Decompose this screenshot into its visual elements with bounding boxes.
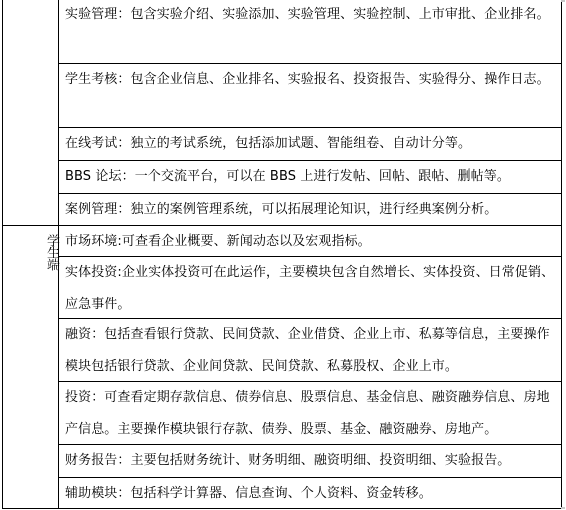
- table-row-financing: 融资：包括查看银行贷款、民间贷款、企业借贷、企业上市、私募等信息，主要操作模块包…: [59, 318, 561, 381]
- table-row-physical-investment: 实体投资:企业实体投资可在此运作，主要模块包含自然增长、实体投资、日常促销、应急…: [59, 256, 561, 318]
- table-row-case-management: 案例管理：独立的案例管理系统，可以拓展理论知识，进行经典案例分析。: [59, 193, 561, 225]
- table-row-student-assessment: 学生考核：包含企业信息、企业排名、实验报名、投资报告、实验得分、操作日志。: [59, 63, 561, 127]
- group-label-student: 学生端: [3, 234, 58, 270]
- table-row-investment: 投资：可查看定期存款信息、债券信息、股票信息、基金信息、融资融券信息、房地产信息…: [59, 381, 561, 444]
- admin-module-group: 实验管理：包含实验介绍、实验添加、实验管理、实验控制、上市审批、企业排名。 学生…: [3, 0, 561, 225]
- module-description-table: 实验管理：包含实验介绍、实验添加、实验管理、实验控制、上市审批、企业排名。 学生…: [2, 0, 562, 509]
- group-label-cell-student: 学生端: [3, 226, 59, 508]
- table-row-market-environment: 市场环境:可查看企业概要、新闻动态以及宏观指标。: [59, 226, 561, 256]
- table-row-experiment-management: 实验管理：包含实验介绍、实验添加、实验管理、实验控制、上市审批、企业排名。: [59, 0, 561, 63]
- table-row-online-exam: 在线考试：独立的考试系统，包括添加试题、智能组卷、自动计分等。: [59, 127, 561, 160]
- corner-mark-bottom: [561, 507, 565, 509]
- group-rows: 实验管理：包含实验介绍、实验添加、实验管理、实验控制、上市审批、企业排名。 学生…: [59, 0, 561, 225]
- group-rows-student: 市场环境:可查看企业概要、新闻动态以及宏观指标。 实体投资:企业实体投资可在此运…: [59, 226, 561, 508]
- table-row-financial-report: 财务报告：主要包括财务统计、财务明细、融资明细、投资明细、实验报告。: [59, 444, 561, 477]
- student-module-group: 学生端 市场环境:可查看企业概要、新闻动态以及宏观指标。 实体投资:企业实体投资…: [3, 225, 561, 508]
- table-row-bbs-forum: BBS 论坛：一个交流平台，可以在 BBS 上进行发帖、回帖、跟帖、删帖等。: [59, 160, 561, 193]
- corner-mark-top: [561, 0, 565, 2]
- table-row-auxiliary-module: 辅助模块：包括科学计算器、信息查询、个人资料、资金转移。: [59, 477, 561, 507]
- group-label-cell: [3, 0, 59, 225]
